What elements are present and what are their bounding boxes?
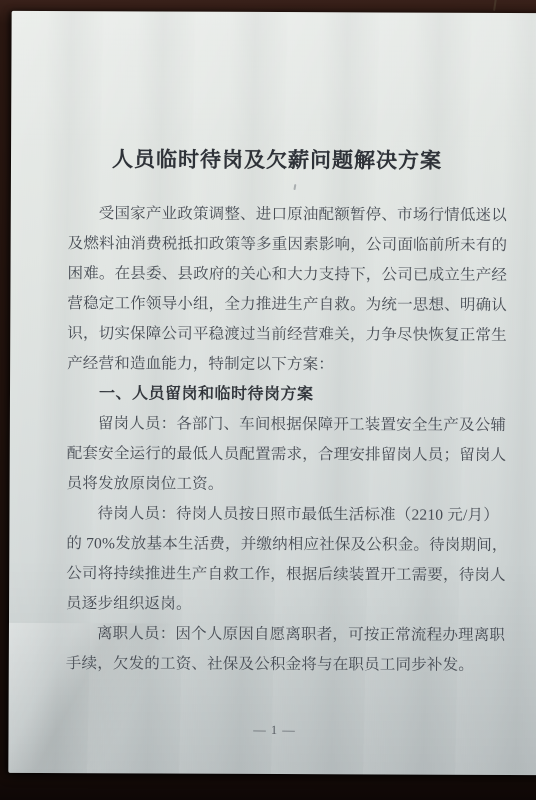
text-line: 员逐步组织返岗。	[66, 589, 502, 621]
photo-background: 人员临时待岗及欠薪问题解决方案 受国家产业政策调整、进口原油配额暂停、市场行情低…	[0, 0, 536, 800]
text-line: 员将发放原岗位工资。	[67, 469, 503, 501]
text-line: 公司将持续推进生产自救工作，根据后续装置开工需要，待岗人	[66, 559, 502, 591]
paragraph: 受国家产业政策调整、进口原油配额暂停、市场行情低迷以及燃料油消费税抵扣政策等多重…	[67, 199, 504, 381]
section-heading: 一、人员留岗和临时待岗方案	[67, 379, 503, 411]
text-line: 配套安全运行的最低人员配置需求，合理安排留岗人员；留岗人	[67, 439, 503, 471]
text-line: 识，切实保障公司平稳渡过当前经营难关，力争尽快恢复正常生	[67, 319, 503, 351]
text-line: 产经营和造血能力，特制定以下方案：	[67, 349, 503, 381]
text-line: 受国家产业政策调整、进口原油配额暂停、市场行情低迷以	[68, 199, 504, 231]
debris-artifact	[493, 0, 497, 11]
paragraph: 离职人员：因个人原因自愿离职者，可按正常流程办理离职手续，欠发的工资、社保及公积…	[66, 619, 502, 681]
paragraph: 留岗人员：各部门、车间根据保障开工装置安全生产及公辅配套安全运行的最低人员配置需…	[67, 409, 503, 501]
text-line: 的 70%发放基本生活费，并缴纳相应社保及公积金。待岗期间，	[66, 529, 502, 561]
text-line: 留岗人员：各部门、车间根据保障开工装置安全生产及公辅	[67, 409, 503, 441]
document-title: 人员临时待岗及欠薪问题解决方案	[41, 147, 513, 175]
text-line: 待岗人员：待岗人员按日照市最低生活标准（2210 元/月）	[66, 499, 502, 531]
document-body: 受国家产业政策调整、进口原油配额暂停、市场行情低迷以及燃料油消费税抵扣政策等多重…	[66, 199, 504, 681]
text-line: 及燃料油消费税抵扣政策等多重因素影响，公司面临前所未有的	[68, 229, 504, 261]
paragraph: 待岗人员：待岗人员按日照市最低生活标准（2210 元/月）的 70%发放基本生活…	[66, 499, 503, 621]
paper-sheet: 人员临时待岗及欠薪问题解决方案 受国家产业政策调整、进口原油配额暂停、市场行情低…	[8, 11, 536, 775]
text-line: 困难。在县委、县政府的关心和大力支持下，公司已成立生产经	[67, 259, 503, 291]
text-line: 手续，欠发的工资、社保及公积金将与在职员工同步补发。	[66, 649, 502, 681]
page-number: — 1 —	[8, 722, 536, 739]
document-page: 人员临时待岗及欠薪问题解决方案 受国家产业政策调整、进口原油配额暂停、市场行情低…	[8, 11, 536, 775]
ink-speck	[293, 184, 296, 190]
text-line: 营稳定工作领导小组，全力推进生产自救。为统一思想、明确认	[67, 289, 503, 321]
text-line: 离职人员：因个人原因自愿离职者，可按正常流程办理离职	[66, 619, 502, 651]
